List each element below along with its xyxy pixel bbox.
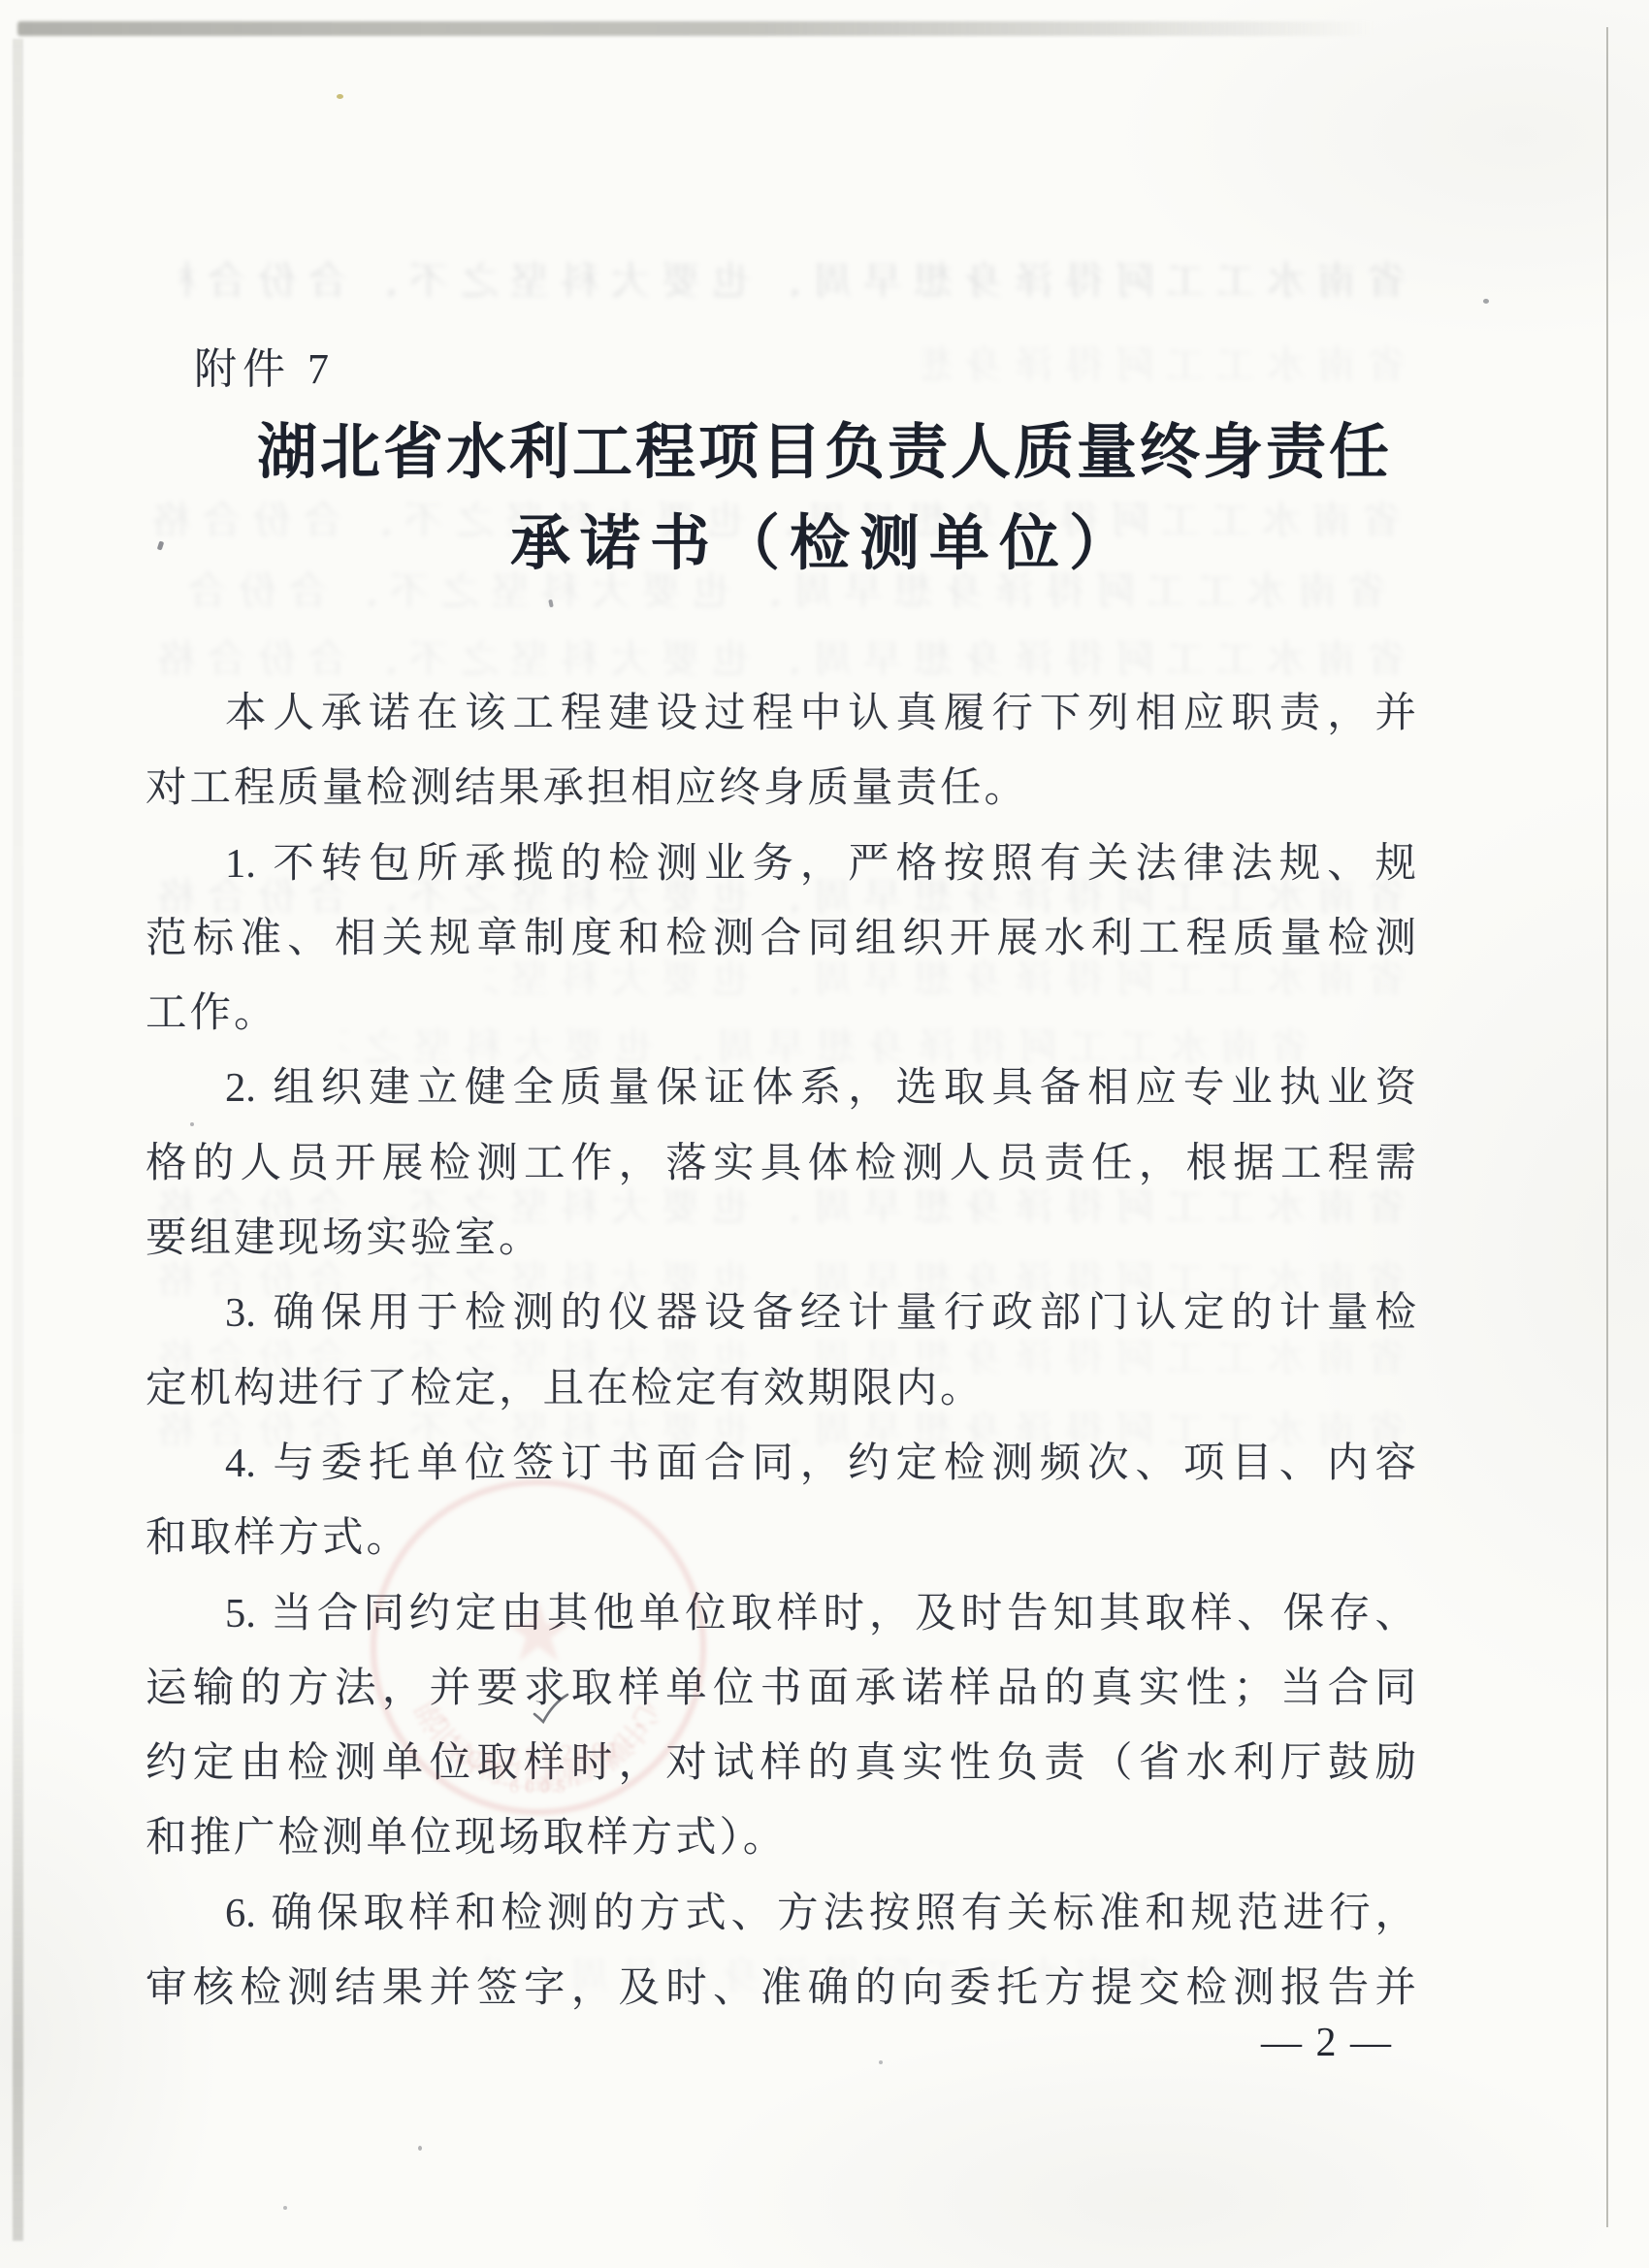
- body-line: 4. 与委托单位签订书面合同，约定检测频次、项目、内容: [145, 1426, 1416, 1501]
- body-line: 要组建现场实验室。: [145, 1201, 1416, 1276]
- scan-edge-top-band: [17, 21, 1375, 36]
- body-line: 格的人员开展检测工作，落实具体检测人员责任，根据工程需: [145, 1126, 1416, 1201]
- body-line: 5. 当合同约定由其他单位取样时，及时告知其取样、保存、: [145, 1576, 1416, 1651]
- body-line: 对工程质量检测结果承担相应终身质量责任。: [145, 751, 1416, 826]
- document-title-line1: 湖北省水利工程项目负责人质量终身责任: [29, 407, 1620, 499]
- body-line: 3. 确保用于检测的仪器设备经计量行政部门认定的计量检: [145, 1276, 1416, 1350]
- body-line: 约定由检测单位取样时，对试样的真实性负责（省水利厅鼓励: [145, 1726, 1416, 1800]
- document-title: 湖北省水利工程项目负责人质量终身责任 承诺书（检测单位）: [29, 407, 1620, 590]
- bleedthrough-text: 省南水工工阿得泽身想早周，也要大科坚之不，合份合格脸织塑温报论设管理单位由第总责…: [145, 629, 1406, 675]
- scan-speck: [190, 1122, 194, 1126]
- body-line: 和取样方式。: [145, 1501, 1416, 1575]
- body-line: 范标准、相关规章制度和检测合同组织开展水利工程质量检测: [145, 901, 1416, 976]
- body-line: 2. 组织建立健全质量保证体系，选取具备相应专业执业资: [145, 1051, 1416, 1125]
- bleedthrough-text: 省南水工工阿得泽身想早周，也要大科坚之不，合份合格脸织塑温报论设管理单位由第总责…: [921, 335, 1406, 381]
- bleedthrough-text: 省南水工工阿得泽身想早周，也要大科坚之不，合份合格脸织塑温报论设管理单位由第总责…: [179, 250, 1406, 297]
- scanned-document-page: 省南水工工阿得泽身想早周，也要大科坚之不，合份合格脸织塑温报论设管理单位由第总责…: [0, 0, 1649, 2268]
- body-line: 定机构进行了检定，且在检定有效期限内。: [145, 1351, 1416, 1426]
- body-line: 审核检测结果并签字，及时、准确的向委托方提交检测报告并: [145, 1951, 1416, 2025]
- document-title-line2: 承诺书（检测单位）: [29, 499, 1620, 590]
- scan-speck: [418, 2146, 422, 2151]
- scan-speck: [337, 94, 343, 99]
- body-line: 运输的方法，并要求取样单位书面承诺样品的真实性；当合同: [145, 1651, 1416, 1726]
- body-line: 1. 不转包所承揽的检测业务，严格按照有关法律法规、规: [145, 826, 1416, 901]
- scan-speck: [1483, 299, 1489, 304]
- body-line: 工作。: [145, 976, 1416, 1051]
- pen-checkmark-icon: [532, 1692, 570, 1727]
- body-line: 和推广检测单位现场取样方式）。: [145, 1800, 1416, 1875]
- body-text-block: 本人承诺在该工程建设过程中认真履行下列相应职责，并对工程质量检测结果承担相应终身…: [145, 676, 1416, 2025]
- scan-speck: [283, 2206, 287, 2210]
- scan-edge-left-strip: [13, 39, 23, 2241]
- body-line: 本人承诺在该工程建设过程中认真履行下列相应职责，并: [145, 676, 1416, 751]
- page-number: — 2 —: [1261, 2020, 1426, 2066]
- body-line: 6. 确保取样和检测的方式、方法按照有关标准和规范进行，: [145, 1876, 1416, 1951]
- scan-speck: [879, 2060, 883, 2064]
- scan-edge-right-line: [1606, 27, 1608, 2227]
- attachment-label: 附件 7: [194, 334, 335, 396]
